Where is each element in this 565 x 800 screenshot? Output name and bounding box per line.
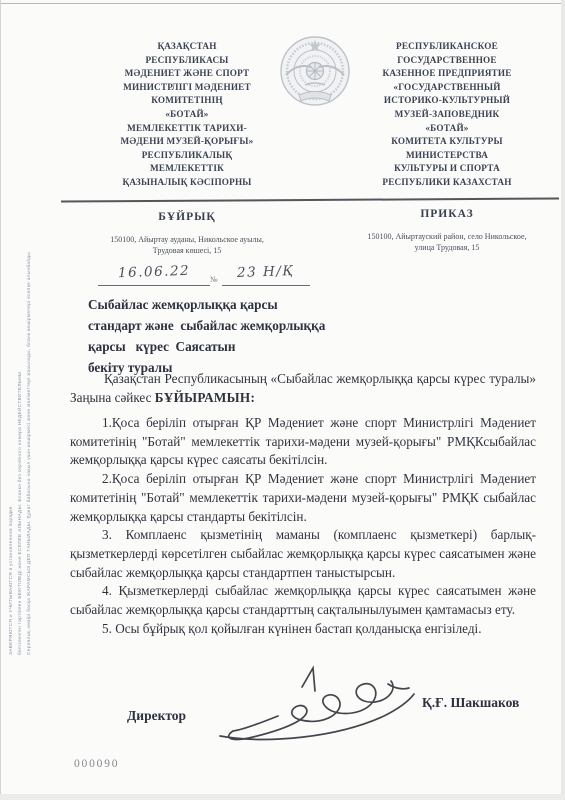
clause-paragraph: 1.Қоса беріліп отырған ҚР Мәдениет және …: [70, 414, 536, 470]
org-name-line: РЕСПУБЛИКАЛЫҚ: [63, 149, 311, 163]
signer-name: Қ.Ғ. Шакшаков: [422, 695, 519, 711]
org-name-line: КОМИТЕТА КУЛЬТУРЫ: [333, 135, 561, 149]
intro-text: Қазақстан Республикасының «Сыбайлас жемқ…: [70, 371, 536, 405]
org-name-kazakh: ҚАЗАҚСТАН РЕСПУБЛИКАСЫ МӘДЕНИЕТ ЖӘНЕ СПО…: [63, 40, 311, 190]
org-name-line: МИНИСТРЛІГІ МӘДЕНИЕТ: [63, 81, 311, 95]
handwritten-number: 23 Н/Қ: [237, 263, 295, 281]
handwritten-signature: [216, 664, 418, 750]
org-name-line: РЕСПУБЛИКАСЫ: [63, 54, 311, 68]
org-name-line: МУЗЕЙ-ЗАПОВЕДНИК: [333, 108, 561, 122]
org-name-russian: РЕСПУБЛИКАНСКОЕ ГОСУДАРСТВЕННОЕ КАЗЕННОЕ…: [333, 40, 561, 190]
org-name-line: МЕМЛЕКЕТТІК: [63, 162, 311, 176]
intro-verb-bold: БҰЙЫРАМЫН:: [155, 390, 255, 405]
org-name-line: ИСТОРИКО-КУЛЬТУРНЫЙ: [333, 94, 561, 108]
clause-paragraph: 2.Қоса беріліп отырған ҚР Мәдениет және …: [70, 470, 536, 526]
org-name-line: ҚАЗАҚСТАН: [63, 40, 311, 54]
org-name-line: КОМИТЕТІНІҢ: [63, 94, 311, 108]
order-clauses: 1.Қоса беріліп отырған ҚР Мәдениет және …: [70, 414, 536, 638]
form-serial-number: 000090: [74, 758, 119, 770]
org-name-line: ГОСУДАРСТВЕННОЕ: [333, 54, 561, 68]
date-field: 16.06.22: [98, 264, 210, 286]
handwritten-date: 16.06.22: [118, 263, 191, 282]
order-title: Сыбайлас жемқорлыққа қарсы стандарт және…: [88, 294, 418, 378]
security-microtext-line: ЗАВЕРЯЮТСЯ и УЧИТЫВАЮТСЯ в установленном…: [8, 492, 13, 655]
intro-paragraph: Қазақстан Республикасының «Сыбайлас жемқ…: [70, 369, 536, 407]
org-name-line: МЕМЛЕКЕТТІК ТАРИХИ-: [63, 122, 311, 136]
org-name-line: КУЛЬТУРЫ И СПОРТА: [333, 162, 561, 176]
clause-paragraph: 3. Комплаенс қызметінің маманы (комплаен…: [70, 526, 536, 582]
signer-role: Директор: [127, 708, 186, 724]
date-number-row: 16.06.22№23 Н/Қ: [98, 264, 358, 290]
header-divider: [61, 197, 559, 202]
doc-type-russian: ПРИКАЗ: [333, 208, 561, 220]
security-microtext-line: Сериялық нөмірі басқа ЖАРАМСЫЗ ДЕП ТАНЫЛ…: [26, 193, 31, 655]
address-line: 150100, Айыртауский район, село Никольск…: [333, 231, 561, 242]
order-title-line: қарсы күрес Саясатын: [88, 336, 418, 357]
address-line: улица Трудовая, 15: [333, 242, 561, 253]
security-microtext-line: белгіленген тәртіппен БЕКІТІЛЕДІ және ЕС…: [17, 368, 22, 655]
org-name-line: МӘДЕНИЕТ ЖӘНЕ СПОРТ: [63, 67, 311, 81]
clause-paragraph: 4. Қызметкерлерді сыбайлас жемқорлыққа қ…: [70, 582, 536, 619]
address-kazakh: 150100, Айыртау ауданы, Никольское ауылы…: [63, 234, 311, 256]
org-name-line: «ГОСУДАРСТВЕННЫЙ: [333, 81, 561, 95]
org-name-line: МӘДЕНИ МУЗЕЙ-ҚОРЫҒЫ»: [63, 135, 311, 149]
org-name-line: РЕСПУБЛИКИ КАЗАХСТАН: [333, 176, 561, 190]
number-sign: №: [210, 275, 218, 284]
org-name-line: КАЗЕННОЕ ПРЕДПРИЯТИЕ: [333, 67, 561, 81]
scan-edge-bottom: [0, 794, 565, 800]
number-field: 23 Н/Қ: [222, 264, 310, 286]
address-russian: 150100, Айыртауский район, село Никольск…: [333, 231, 561, 253]
org-name-line: МИНИСТЕРСТВА: [333, 149, 561, 163]
address-line: Трудовая көшесі, 15: [63, 245, 311, 256]
org-name-line: «БОТАЙ»: [333, 122, 561, 136]
scan-edge-left: [0, 0, 1, 800]
scanned-order-document: { "document": { "header_left": { "lines"…: [0, 0, 565, 800]
address-line: 150100, Айыртау ауданы, Никольское ауылы…: [63, 234, 311, 245]
org-name-line: «БОТАЙ»: [63, 108, 311, 122]
clause-paragraph: 5. Осы бұйрық қол қойылған күнінен баста…: [70, 620, 536, 639]
order-title-line: Сыбайлас жемқорлыққа қарсы: [88, 294, 418, 315]
doc-type-kazakh: БҰЙРЫҚ: [63, 211, 311, 223]
order-title-line: стандарт және сыбайлас жемқорлыққа: [88, 315, 418, 336]
scan-edge-top: [0, 3, 565, 4]
scan-edge-right: [561, 0, 565, 800]
org-name-line: РЕСПУБЛИКАНСКОЕ: [333, 40, 561, 54]
org-name-line: ҚАЗЫНАЛЫҚ КӘСІПОРНЫ: [63, 176, 311, 190]
